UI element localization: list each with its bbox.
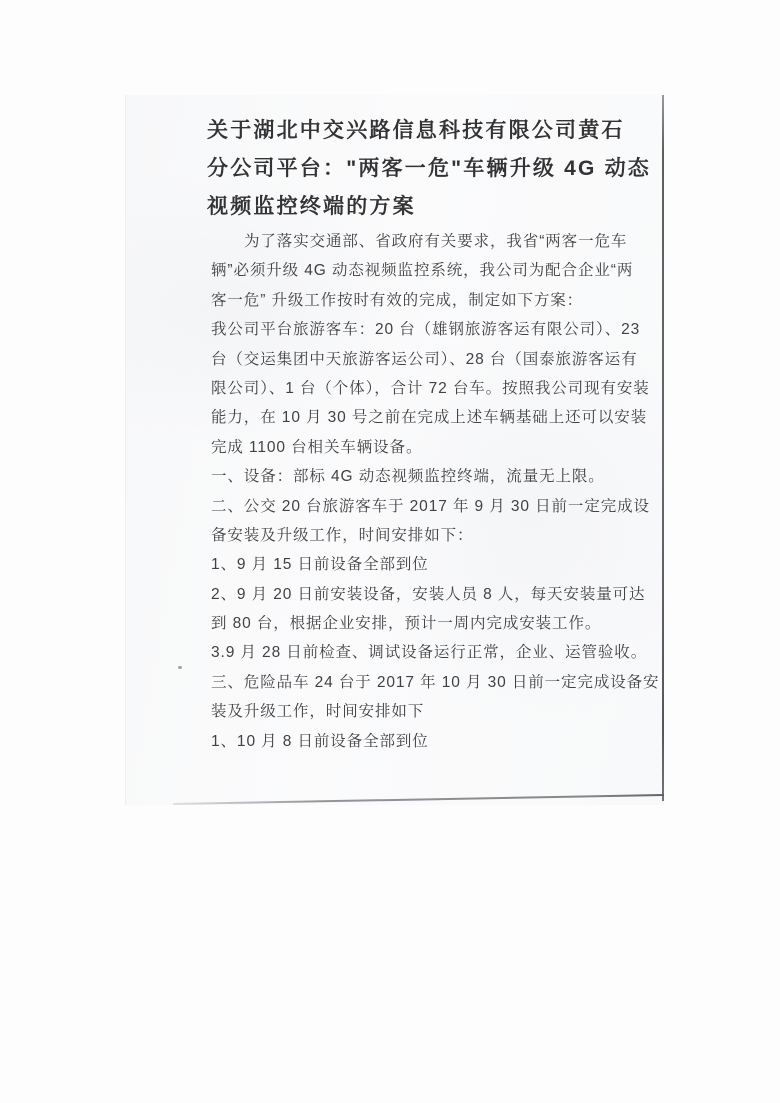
- body-line: 我公司平台旅游客车：20 台（雄钢旅游客运有限公司）、23: [211, 315, 647, 344]
- body-line: 辆”必须升级 4G 动态视频监控系统，我公司为配合企业“两: [211, 256, 647, 285]
- body-line: 客一危” 升级工作按时有效的完成，制定如下方案：: [211, 286, 647, 315]
- body-line: 1、10 月 8 日前设备全部到位: [211, 727, 647, 756]
- title-line: 分公司平台："两客一危"车辆升级 4G 动态: [207, 150, 637, 188]
- body-line: 一、设备：部标 4G 动态视频监控终端，流量无上限。: [211, 462, 647, 491]
- scan-speck: [178, 666, 182, 669]
- document-title: 关于湖北中交兴路信息科技有限公司黄石分公司平台："两客一危"车辆升级 4G 动态…: [207, 112, 637, 226]
- body-line: 2、9 月 20 日前安装设备，安装人员 8 人，每天安装量可达: [211, 580, 647, 609]
- body-line: 装及升级工作，时间安排如下: [211, 697, 647, 726]
- body-line: 3.9 月 28 日前检查、调试设备运行正常，企业、运管验收。: [211, 638, 647, 667]
- body-line: 完成 1100 台相关车辆设备。: [211, 433, 647, 462]
- title-line: 关于湖北中交兴路信息科技有限公司黄石: [207, 112, 637, 150]
- document-body: 为了落实交通部、省政府有关要求，我省“两客一危车辆”必须升级 4G 动态视频监控…: [211, 227, 647, 756]
- body-line: 能力，在 10 月 30 号之前在完成上述车辆基础上还可以安装: [211, 403, 647, 432]
- body-line: 备安装及升级工作，时间安排如下：: [211, 521, 647, 550]
- body-line: 台（交运集团中天旅游客运公司）、28 台（国泰旅游客运有: [211, 345, 647, 374]
- page-right-edge-line: [662, 95, 664, 801]
- body-line: 二、公交 20 台旅游客车于 2017 年 9 月 30 日前一定完成设: [211, 492, 647, 521]
- body-line: 限公司）、1 台（个体），合计 72 台车。按照我公司现有安装: [211, 374, 647, 403]
- body-line: 三、危险品车 24 台于 2017 年 10 月 30 日前一定完成设备安: [211, 668, 647, 697]
- body-line: 1、9 月 15 日前设备全部到位: [211, 550, 647, 579]
- body-line: 到 80 台，根据企业安排，预计一周内完成安装工作。: [211, 609, 647, 638]
- body-line: 为了落实交通部、省政府有关要求，我省“两客一危车: [211, 227, 647, 256]
- title-line: 视频监控终端的方案: [207, 188, 637, 226]
